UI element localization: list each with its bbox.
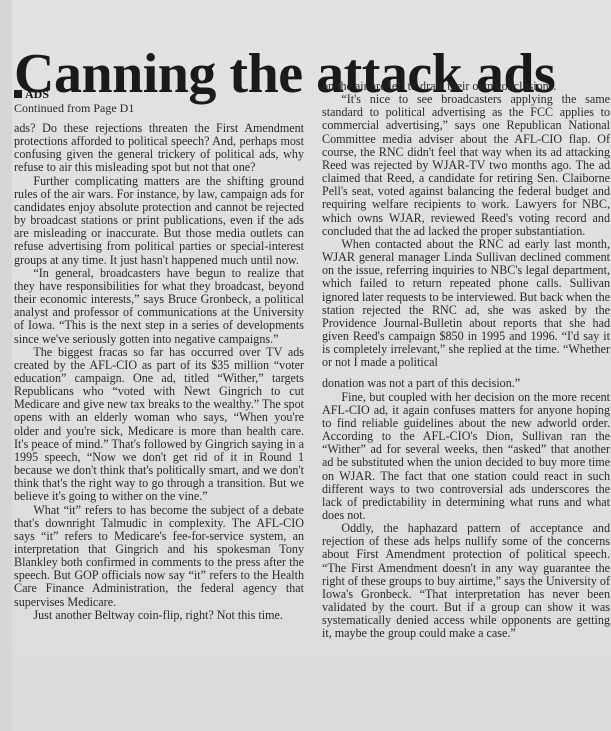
newspaper-page: Canning the attack ads ADS Continued fro… <box>0 0 611 731</box>
paragraph: The biggest fracas so far has occurred o… <box>14 346 304 504</box>
paragraph: “It's nice to see broadcasters applying … <box>322 93 610 238</box>
section-tag: ADS <box>14 88 304 101</box>
left-column: ADS Continued from Page D1 ads? Do these… <box>14 88 304 622</box>
paragraph: ads? Do these rejections threaten the Fi… <box>14 122 304 175</box>
right-column: on the air are left to draw their own co… <box>322 80 610 641</box>
paragraph: donation was not a part of this decision… <box>322 377 610 390</box>
square-bullet-icon <box>14 90 22 98</box>
paragraph: When contacted about the RNC ad early la… <box>322 238 610 370</box>
jump-line: Continued from Page D1 <box>14 101 304 116</box>
page-edge-shadow <box>0 0 12 731</box>
paragraph: What “it” refers to has become the subje… <box>14 504 304 609</box>
paragraph: “In general, broadcasters have begun to … <box>14 267 304 346</box>
paragraph: Oddly, the haphazard pattern of acceptan… <box>322 522 610 640</box>
paragraph: Fine, but coupled with her decision on t… <box>322 391 610 523</box>
paragraph: Just another Beltway coin-flip, right? N… <box>14 609 304 622</box>
paragraph: Further complicating matters are the shi… <box>14 175 304 267</box>
